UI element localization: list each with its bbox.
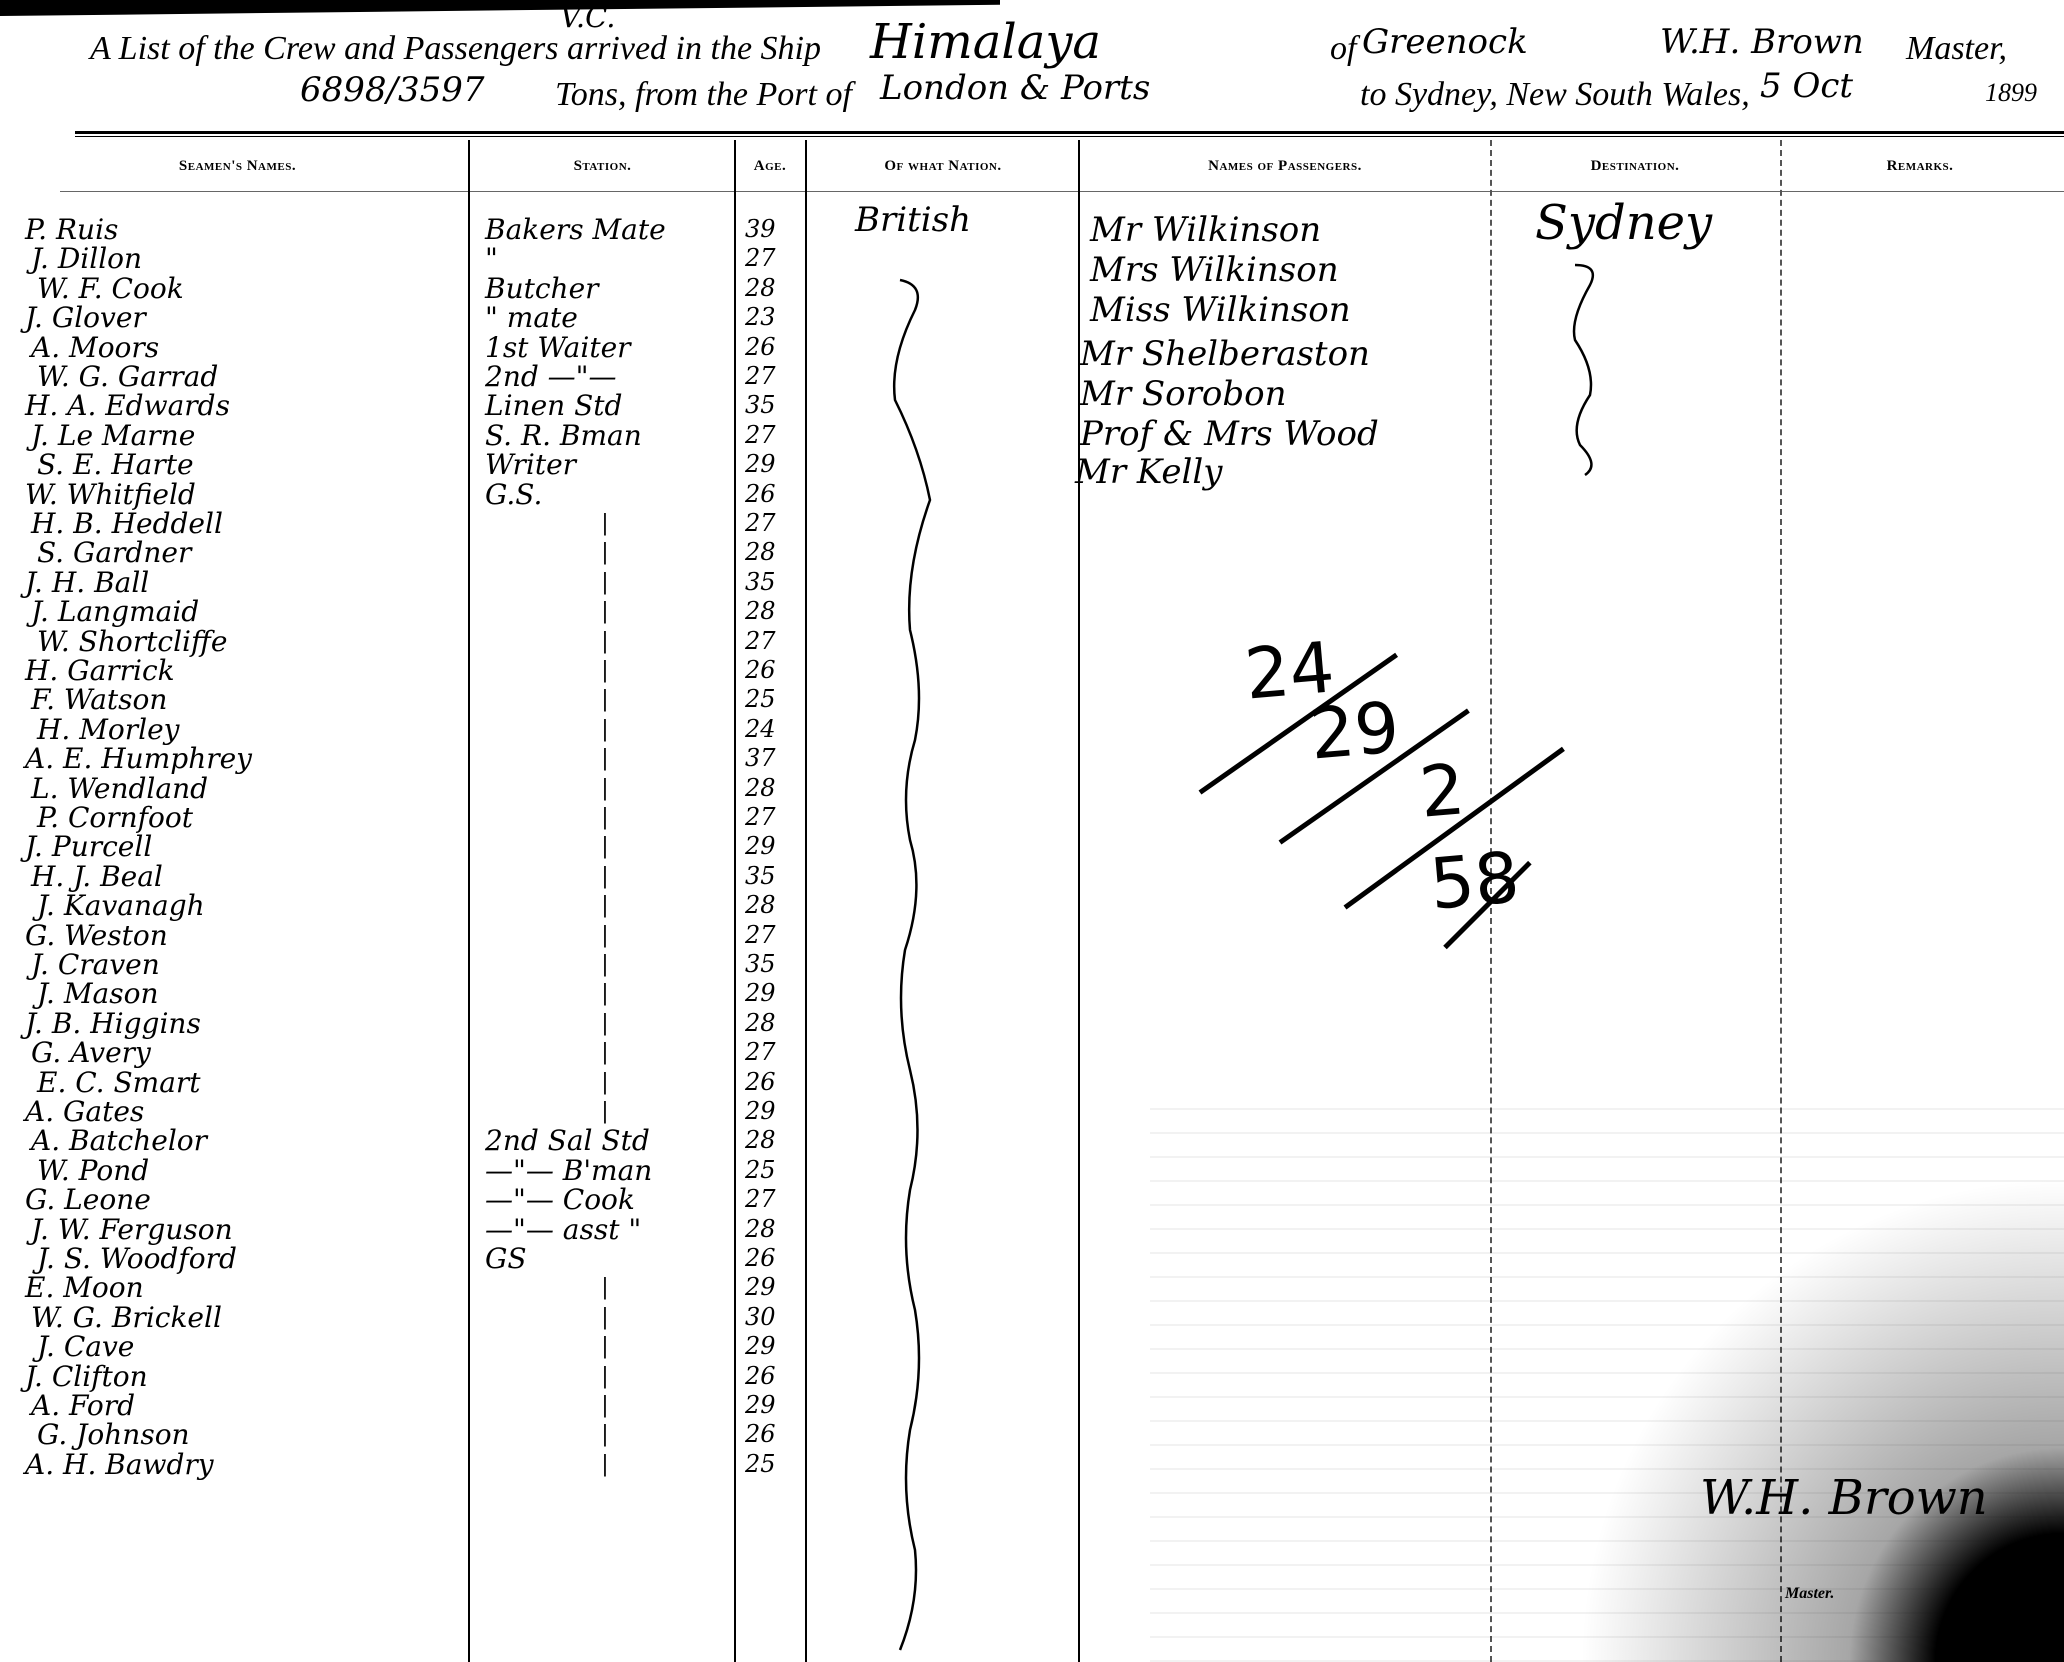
seaman-name: J. Mason xyxy=(37,979,158,1008)
seaman-age: 23 xyxy=(745,303,776,332)
seaman-name: P. Ruis xyxy=(25,215,118,244)
seaman-station: | xyxy=(485,803,725,832)
seaman-age: 29 xyxy=(745,1273,776,1302)
seaman-name: J. H. Ball xyxy=(25,568,149,597)
passenger-6: Prof & Mrs Wood xyxy=(1080,414,1379,454)
seaman-name: W. G. Garrad xyxy=(37,362,218,391)
seaman-station: 2nd —"— xyxy=(485,362,725,391)
tons-label: Tons, from the Port of xyxy=(555,76,852,114)
passenger-4: Mr Shelberaston xyxy=(1080,334,1370,374)
seaman-name: W. Whitfield xyxy=(25,480,196,509)
seaman-age: 28 xyxy=(745,1009,776,1038)
seaman-name: J. Clifton xyxy=(25,1362,148,1391)
seaman-name: J. W. Ferguson xyxy=(31,1215,233,1244)
seaman-station: | xyxy=(485,744,725,773)
seaman-name: H. J. Beal xyxy=(31,862,163,891)
col-seamen-names: Seamen's Names. xyxy=(70,158,405,175)
seaman-name: A. Batchelor xyxy=(31,1126,207,1155)
seaman-name: J. S. Woodford xyxy=(37,1244,237,1273)
col-nation: Of what Nation. xyxy=(808,158,1078,175)
seaman-station: | xyxy=(485,1038,725,1067)
seaman-name: J. Le Marne xyxy=(31,421,195,450)
seaman-age: 29 xyxy=(745,450,776,479)
to-label: to Sydney, New South Wales, xyxy=(1360,76,1750,114)
seaman-name: S. Gardner xyxy=(37,538,191,567)
from-port: London & Ports xyxy=(880,68,1150,108)
year: 1899 xyxy=(1985,78,2037,108)
seaman-name: J. B. Higgins xyxy=(25,1009,201,1038)
seaman-station: | xyxy=(485,979,725,1008)
seaman-name: G. Johnson xyxy=(37,1420,190,1449)
seaman-station: Butcher xyxy=(485,274,725,303)
seaman-station: | xyxy=(485,1362,725,1391)
seaman-age: 26 xyxy=(745,1420,776,1449)
seaman-name: J. Langmaid xyxy=(31,597,199,626)
seaman-age: 25 xyxy=(745,1450,776,1479)
ship-name: Himalaya xyxy=(870,14,1101,70)
seaman-station: Writer xyxy=(485,450,725,479)
seaman-age: 28 xyxy=(745,538,776,567)
seaman-station: 2nd Sal Std xyxy=(485,1126,725,1155)
seaman-age: 27 xyxy=(745,1038,776,1067)
seaman-name: L. Wendland xyxy=(31,774,208,803)
header-rule-bottom xyxy=(60,191,2064,192)
seaman-age: 25 xyxy=(745,685,776,714)
seaman-age: 29 xyxy=(745,832,776,861)
seaman-station: | xyxy=(485,715,725,744)
arrival-date: 5 Oct xyxy=(1760,66,1853,106)
seaman-station: | xyxy=(485,950,725,979)
seaman-name: W. F. Cook xyxy=(37,274,184,303)
seaman-name: H. A. Edwards xyxy=(25,391,230,420)
seaman-age: 26 xyxy=(745,1244,776,1273)
seaman-name: J. Cave xyxy=(37,1332,134,1361)
seaman-station: | xyxy=(485,1068,725,1097)
seaman-name: J. Craven xyxy=(31,950,160,979)
seaman-station: | xyxy=(485,1303,725,1332)
seaman-age: 35 xyxy=(745,862,776,891)
seaman-station: | xyxy=(485,509,725,538)
seaman-name: J. Glover xyxy=(25,303,146,332)
seaman-station: 1st Waiter xyxy=(485,333,725,362)
seaman-age: 26 xyxy=(745,1068,776,1097)
seaman-age: 28 xyxy=(745,774,776,803)
seaman-name: H. Morley xyxy=(37,715,179,744)
master-label: Master, xyxy=(1906,30,2007,68)
seaman-name: J. Dillon xyxy=(31,244,142,273)
seaman-age: 28 xyxy=(745,597,776,626)
seaman-name: S. E. Harte xyxy=(37,450,194,479)
seaman-age: 24 xyxy=(745,715,776,744)
master-signature-label: Master. xyxy=(1785,1585,1834,1603)
seaman-age: 26 xyxy=(745,656,776,685)
seaman-name: G. Weston xyxy=(25,921,168,950)
seaman-station: | xyxy=(485,774,725,803)
seaman-age: 27 xyxy=(745,921,776,950)
seaman-station: | xyxy=(485,656,725,685)
seaman-station: G.S. xyxy=(485,480,725,509)
seaman-name: H. B. Heddell xyxy=(31,509,223,538)
seaman-age: 29 xyxy=(745,1391,776,1420)
seaman-age: 27 xyxy=(745,509,776,538)
seaman-age: 28 xyxy=(745,274,776,303)
seaman-age: 25 xyxy=(745,1156,776,1185)
seaman-age: 26 xyxy=(745,480,776,509)
seaman-name: A. Ford xyxy=(31,1391,135,1420)
seaman-name: E. C. Smart xyxy=(37,1068,201,1097)
seaman-name: A. E. Humphrey xyxy=(25,744,252,773)
seaman-name: E. Moon xyxy=(25,1273,144,1302)
seaman-name: W. Pond xyxy=(37,1156,149,1185)
header-rule-top xyxy=(75,131,2064,134)
seaman-station: | xyxy=(485,1332,725,1361)
seaman-name: A. H. Bawdry xyxy=(25,1450,214,1479)
passenger-2: Mrs Wilkinson xyxy=(1090,250,1339,290)
seaman-age: 35 xyxy=(745,391,776,420)
col-station: Station. xyxy=(470,158,735,175)
seaman-station: S. R. Bman xyxy=(485,421,725,450)
seaman-age: 27 xyxy=(745,1185,776,1214)
seaman-station: —"— B'man xyxy=(485,1156,725,1185)
master-name: W.H. Brown xyxy=(1660,22,1864,62)
destination-value: Sydney xyxy=(1535,195,1712,251)
seaman-name: G. Leone xyxy=(25,1185,151,1214)
seaman-station: | xyxy=(485,538,725,567)
seaman-station: —"— Cook xyxy=(485,1185,725,1214)
seaman-station: Bakers Mate xyxy=(485,215,725,244)
col-age: Age. xyxy=(735,158,805,175)
seaman-age: 26 xyxy=(745,1362,776,1391)
seaman-station: | xyxy=(485,597,725,626)
tonnage: 6898/3597 xyxy=(300,70,485,110)
seaman-station: | xyxy=(485,1450,725,1479)
seaman-age: 26 xyxy=(745,333,776,362)
seaman-age: 30 xyxy=(745,1303,776,1332)
seaman-age: 35 xyxy=(745,568,776,597)
seaman-station: " mate xyxy=(485,303,725,332)
seaman-name: A. Moors xyxy=(31,333,159,362)
home-port: Greenock xyxy=(1362,22,1528,62)
nation-value: British xyxy=(855,200,971,240)
seaman-age: 27 xyxy=(745,421,776,450)
of-label: of xyxy=(1330,30,1356,68)
seaman-name: F. Watson xyxy=(31,685,167,714)
col-destination: Destination. xyxy=(1490,158,1780,175)
seaman-station: | xyxy=(485,891,725,920)
passenger-1: Mr Wilkinson xyxy=(1090,210,1321,250)
seaman-station: | xyxy=(485,627,725,656)
seaman-age: 27 xyxy=(745,244,776,273)
seaman-age: 27 xyxy=(745,627,776,656)
seaman-station: | xyxy=(485,568,725,597)
seaman-age: 37 xyxy=(745,744,776,773)
seaman-age: 27 xyxy=(745,362,776,391)
page-edge-shadow xyxy=(0,0,1000,16)
ditto-wave-nation xyxy=(880,270,960,1660)
seaman-age: 35 xyxy=(745,950,776,979)
seaman-station: | xyxy=(485,1273,725,1302)
column-divider xyxy=(734,140,736,1662)
seaman-station: —"— asst " xyxy=(485,1215,725,1244)
seaman-age: 28 xyxy=(745,1215,776,1244)
seaman-age: 39 xyxy=(745,215,776,244)
seaman-station: | xyxy=(485,832,725,861)
seaman-age: 29 xyxy=(745,1097,776,1126)
seaman-age: 29 xyxy=(745,979,776,1008)
seaman-station: Linen Std xyxy=(485,391,725,420)
passenger-5: Mr Sorobon xyxy=(1080,374,1287,414)
seaman-name: W. G. Brickell xyxy=(31,1303,222,1332)
seaman-age: 29 xyxy=(745,1332,776,1361)
master-signature: W.H. Brown xyxy=(1700,1470,1988,1526)
seaman-age: 28 xyxy=(745,1126,776,1155)
seaman-station: | xyxy=(485,862,725,891)
seaman-station: | xyxy=(485,1391,725,1420)
passenger-3: Miss Wilkinson xyxy=(1090,290,1351,330)
scan-damage xyxy=(1150,1100,2064,1662)
seaman-name: G. Avery xyxy=(31,1038,151,1067)
top-annotation: V.C. xyxy=(560,0,615,34)
seaman-name: H. Garrick xyxy=(25,656,175,685)
seaman-name: P. Cornfoot xyxy=(37,803,193,832)
seaman-name: A. Gates xyxy=(25,1097,144,1126)
seaman-station: | xyxy=(485,1009,725,1038)
header-rule-top-thin xyxy=(75,136,2064,137)
seaman-age: 28 xyxy=(745,891,776,920)
seaman-name: J. Kavanagh xyxy=(37,891,205,920)
passenger-7: Mr Kelly xyxy=(1075,452,1222,492)
seaman-station: | xyxy=(485,921,725,950)
seaman-age: 27 xyxy=(745,803,776,832)
seaman-station: | xyxy=(485,1097,725,1126)
seaman-station: | xyxy=(485,1420,725,1449)
column-divider xyxy=(468,140,470,1662)
seaman-station: " xyxy=(485,244,725,273)
seaman-name: J. Purcell xyxy=(25,832,152,861)
seaman-station: | xyxy=(485,685,725,714)
col-passengers: Names of Passengers. xyxy=(1080,158,1490,175)
seaman-station: GS xyxy=(485,1244,725,1273)
column-divider xyxy=(805,140,807,1662)
seaman-name: W. Shortcliffe xyxy=(37,627,227,656)
ditto-wave-destination xyxy=(1560,260,1620,480)
title-prefix: A List of the Crew and Passengers arrive… xyxy=(90,30,821,68)
col-remarks: Remarks. xyxy=(1780,158,2060,175)
